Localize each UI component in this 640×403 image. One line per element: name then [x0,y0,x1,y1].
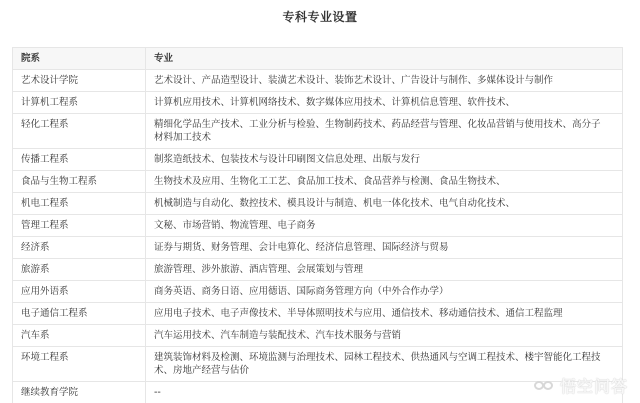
majors-cell: 计算机应用技术、计算机网络技术、数字媒体应用技术、计算机信息管理、软件技术、 [146,92,623,114]
majors-cell: 机械制造与自动化、数控技术、模具设计与制造、机电一体化技术、电气自动化技术、 [146,193,623,215]
table-header-row: 院系 专业 [13,48,623,70]
table-row: 轻化工程系 精细化学品生产技术、工业分析与检验、生物制药技术、药品经营与管理、化… [13,114,623,149]
department-cell: 管理工程系 [13,215,146,237]
table-row: 传播工程系 制浆造纸技术、包装技术与设计印刷图文信息处理、出版与发行 [13,149,623,171]
department-cell: 传播工程系 [13,149,146,171]
table-row: 旅游系 旅游管理、涉外旅游、酒店管理、会展策划与管理 [13,259,623,281]
table-row: 艺术设计学院 艺术设计、产品造型设计、装潢艺术设计、装饰艺术设计、广告设计与制作… [13,70,623,92]
department-cell: 汽车系 [13,325,146,347]
table-row: 电子通信工程系 应用电子技术、电子声像技术、半导体照明技术与应用、通信技术、移动… [13,303,623,325]
majors-cell: 生物技术及应用、生物化工工艺、食品加工技术、食品营养与检测、食品生物技术、 [146,171,623,193]
department-cell: 环境工程系 [13,347,146,382]
majors-cell: 精细化学品生产技术、工业分析与检验、生物制药技术、药品经营与管理、化妆品营销与使… [146,114,623,149]
majors-cell: 应用电子技术、电子声像技术、半导体照明技术与应用、通信技术、移动通信技术、通信工… [146,303,623,325]
page-title: 专科专业设置 [0,8,640,25]
department-cell: 继续教育学院 [13,382,146,403]
watermark: 悟空问答 [534,374,628,397]
majors-cell: 证券与期货、财务管理、会计电算化、经济信息管理、国际经济与贸易 [146,237,623,259]
department-cell: 旅游系 [13,259,146,281]
department-cell: 机电工程系 [13,193,146,215]
table-row: 环境工程系 建筑装饰材料及检测、环境监测与治理技术、园林工程技术、供热通风与空调… [13,347,623,382]
majors-cell: 旅游管理、涉外旅游、酒店管理、会展策划与管理 [146,259,623,281]
table-row: 机电工程系 机械制造与自动化、数控技术、模具设计与制造、机电一体化技术、电气自动… [13,193,623,215]
majors-cell: 商务英语、商务日语、应用德语、国际商务管理方向（中外合作办学） [146,281,623,303]
majors-cell: 文秘、市场营销、物流管理、电子商务 [146,215,623,237]
department-cell: 电子通信工程系 [13,303,146,325]
table-row: 应用外语系 商务英语、商务日语、应用德语、国际商务管理方向（中外合作办学） [13,281,623,303]
department-cell: 轻化工程系 [13,114,146,149]
department-cell: 艺术设计学院 [13,70,146,92]
department-cell: 食品与生物工程系 [13,171,146,193]
majors-cell: 制浆造纸技术、包装技术与设计印刷图文信息处理、出版与发行 [146,149,623,171]
department-cell: 经济系 [13,237,146,259]
major-table: 院系 专业 艺术设计学院 艺术设计、产品造型设计、装潢艺术设计、装饰艺术设计、广… [12,47,623,403]
table-row: 管理工程系 文秘、市场营销、物流管理、电子商务 [13,215,623,237]
wukong-logo-icon [534,380,556,392]
department-cell: 应用外语系 [13,281,146,303]
watermark-text: 悟空问答 [560,374,628,397]
table-row: 食品与生物工程系 生物技术及应用、生物化工工艺、食品加工技术、食品营养与检测、食… [13,171,623,193]
table-row: 继续教育学院 -- [13,382,623,403]
header-department: 院系 [13,48,146,70]
header-majors: 专业 [146,48,623,70]
table-row: 汽车系 汽车运用技术、汽车制造与装配技术、汽车技术服务与营销 [13,325,623,347]
majors-cell: 汽车运用技术、汽车制造与装配技术、汽车技术服务与营销 [146,325,623,347]
table-row: 经济系 证券与期货、财务管理、会计电算化、经济信息管理、国际经济与贸易 [13,237,623,259]
table-row: 计算机工程系 计算机应用技术、计算机网络技术、数字媒体应用技术、计算机信息管理、… [13,92,623,114]
majors-cell: 艺术设计、产品造型设计、装潢艺术设计、装饰艺术设计、广告设计与制作、多媒体设计与… [146,70,623,92]
department-cell: 计算机工程系 [13,92,146,114]
